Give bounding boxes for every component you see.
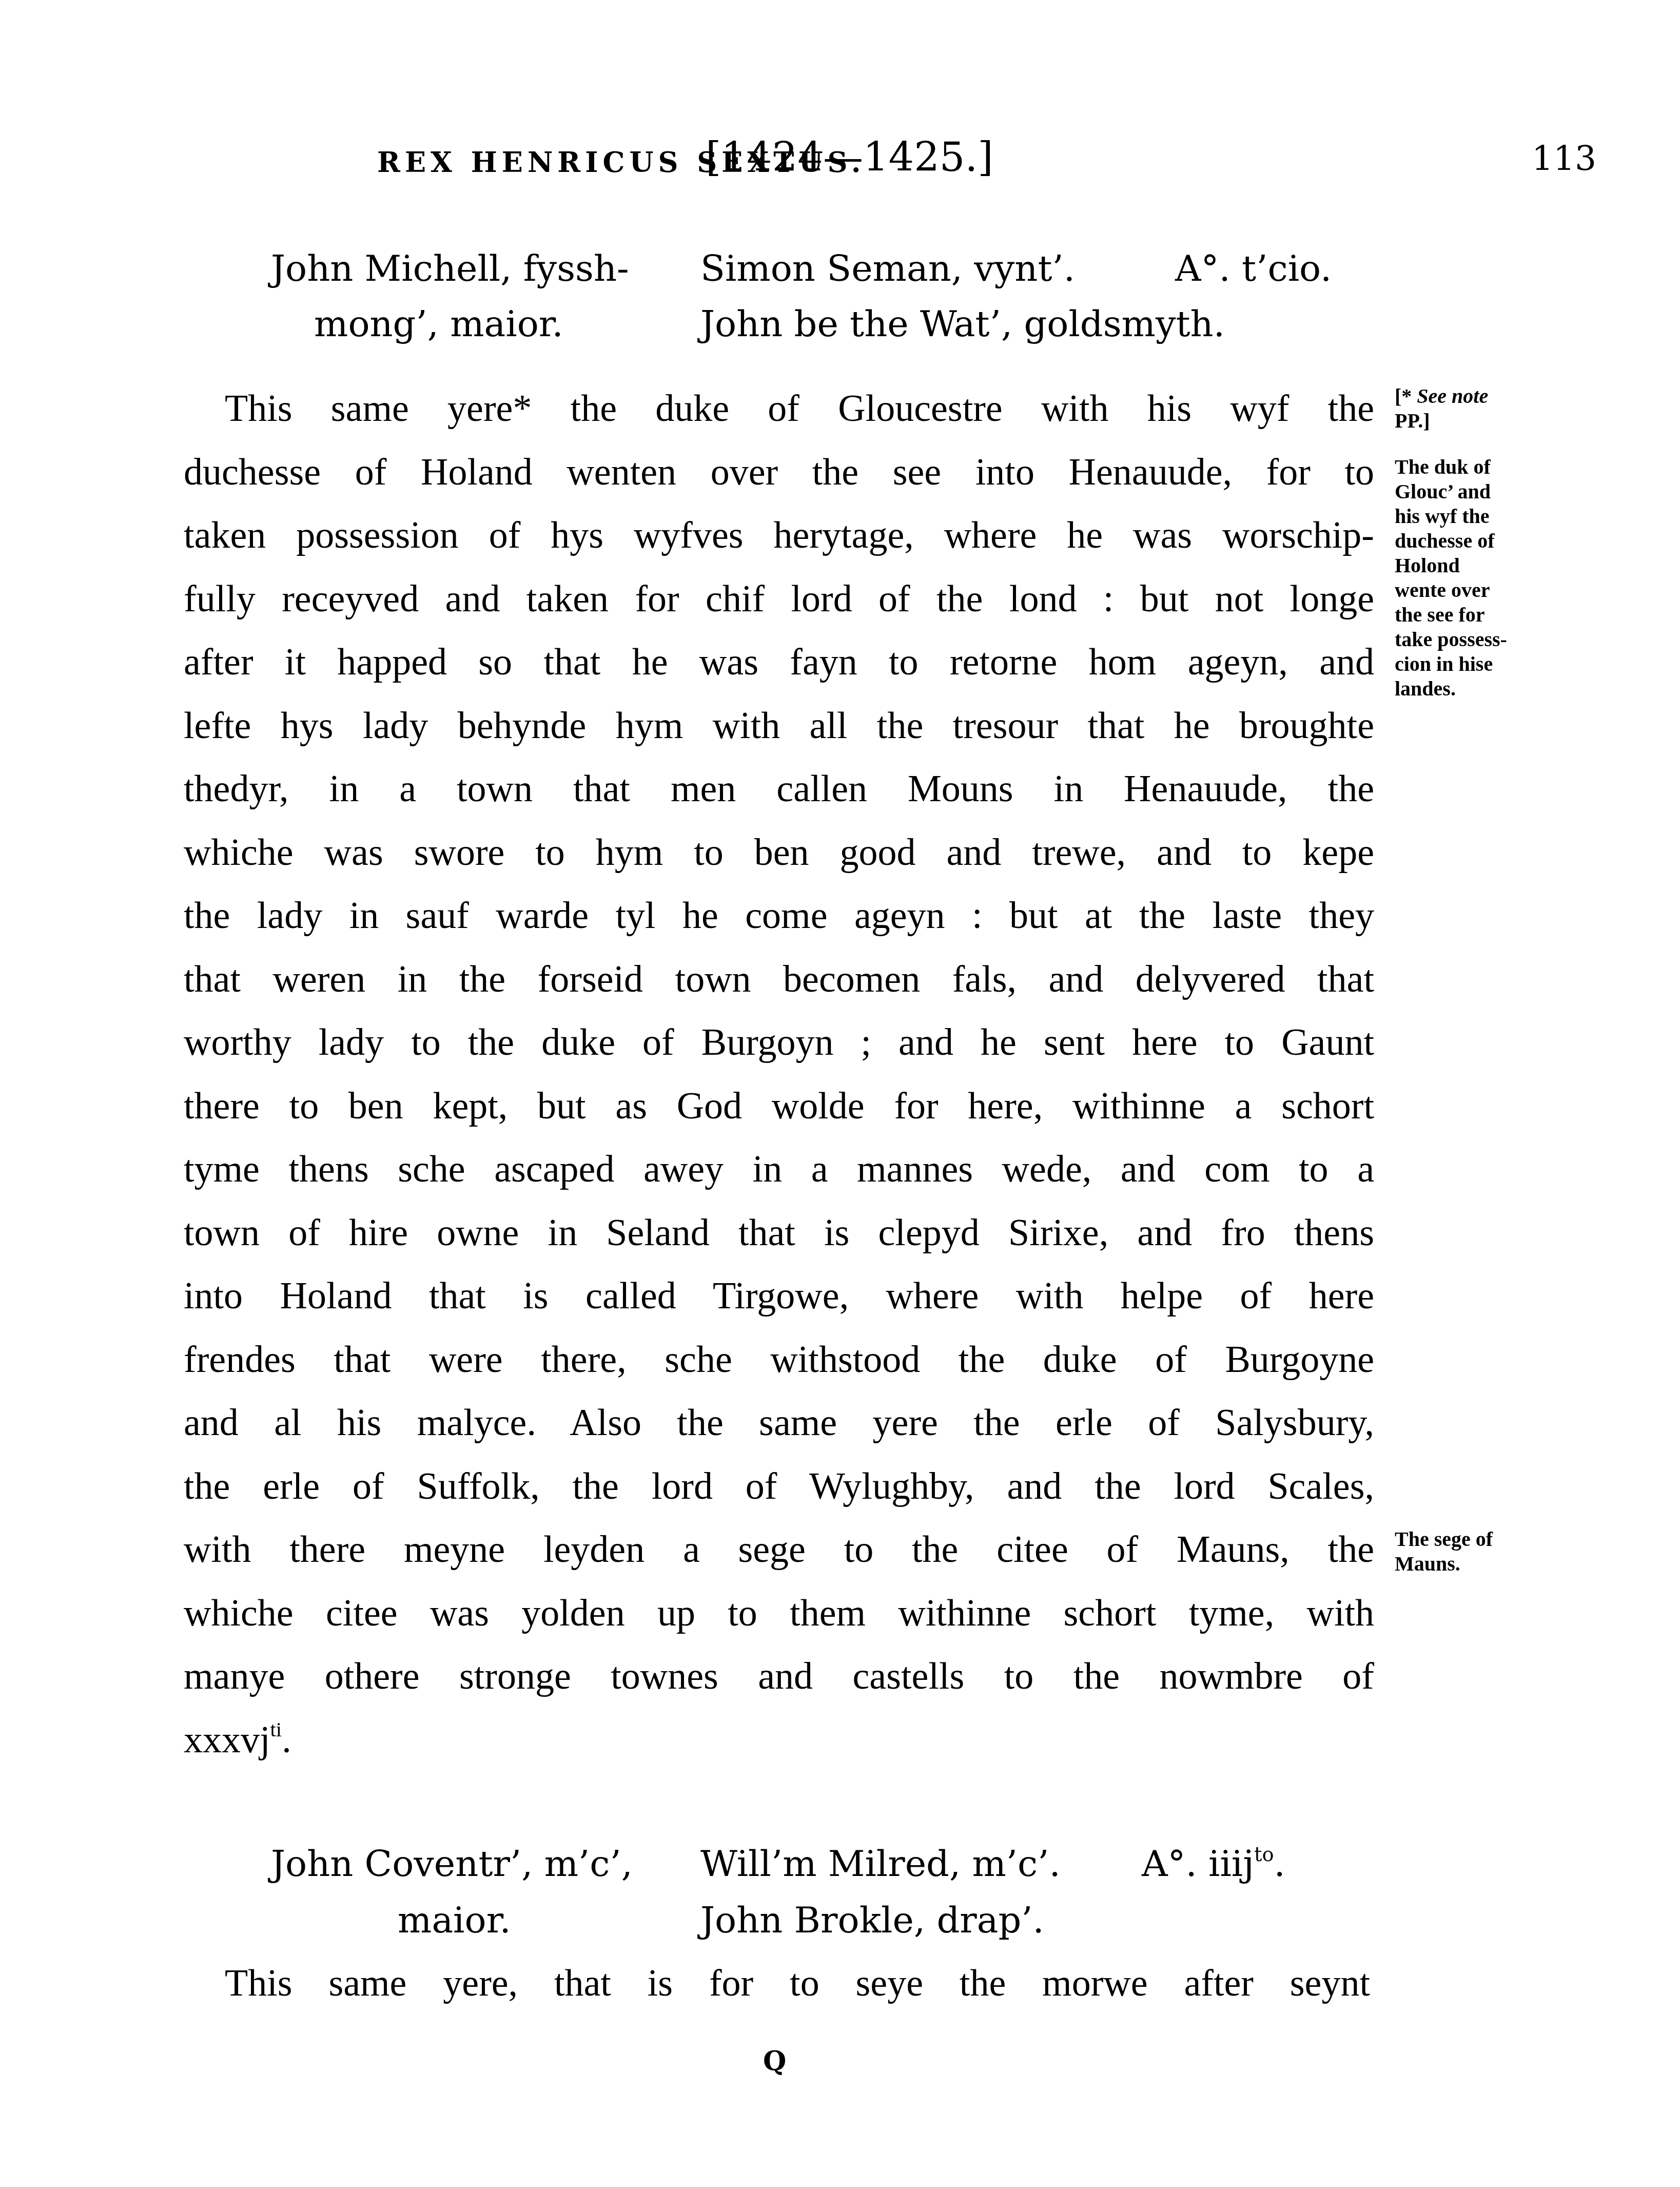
body-line: the lady in sauf warde tyl he come ageyn… [184, 884, 1374, 948]
regnal-year: A°. t’cio. [1175, 247, 1332, 289]
body-line: that weren in the forseid town becomen f… [184, 948, 1374, 1012]
margin-note-see-note: [* See note PP.] [1395, 384, 1559, 433]
body-line: frendes that were there, sche withstood … [184, 1328, 1374, 1392]
margin-note-line: Holond [1395, 553, 1559, 578]
margin-note-line: PP.] [1395, 409, 1559, 433]
roman-numeral: xxxvj [184, 1719, 270, 1761]
body-line: taken possession of hys wyfves herytage,… [184, 504, 1374, 568]
body-line: whiche was swore to hym to ben good and … [184, 821, 1374, 885]
margin-note-line: duchesse of [1395, 529, 1559, 553]
regnal-year: A°. iiijto. [1142, 1843, 1285, 1885]
body-line: with there meyne leyden a sege to the ci… [184, 1518, 1374, 1582]
body-line: thedyr, in a town that men callen Mouns … [184, 758, 1374, 821]
closing-line: This same yere, that is for to seye the … [225, 1962, 1370, 2005]
body-line: tyme thens sche ascaped awey in a mannes… [184, 1138, 1374, 1202]
body-line: lefte hys lady behynde hym with all the … [184, 694, 1374, 758]
running-head: REX HENRICUS SEXTUS. [1424—1425.] 113 [0, 134, 1680, 191]
margin-note-line: The duk of [1395, 455, 1559, 479]
margin-note-line: take possess- [1395, 627, 1559, 652]
margin-note-line: Glouc’ and [1395, 479, 1559, 504]
body-line: after it happed so that he was fayn to r… [184, 631, 1374, 694]
margin-note-line: his wyf the [1395, 504, 1559, 529]
sheriff-2-name: John Brokle, drap’. [700, 1899, 1044, 1941]
body-line: worthy lady to the duke of Burgoyn ; and… [184, 1011, 1374, 1075]
sheriff-1-name: Simon Seman, vynt’. [700, 247, 1075, 289]
margin-note-line: Mauns. [1395, 1552, 1559, 1576]
body-paragraph: This same yere* the duke of Gloucestre w… [184, 377, 1374, 1772]
body-line: duchesse of Holand wenten over the see i… [184, 441, 1374, 505]
margin-note-line: wente over [1395, 578, 1559, 603]
mayor-name-line2: mong’, maior. [314, 303, 563, 345]
mayor-name-line2: maior. [398, 1899, 511, 1941]
body-line: This same yere* the duke of Gloucestre w… [184, 377, 1374, 441]
margin-note-line: [* See note [1395, 384, 1559, 409]
body-line: town of hire owne in Seland that is clep… [184, 1202, 1374, 1265]
body-line-final: xxxvjti. [184, 1709, 1374, 1772]
document-page: REX HENRICUS SEXTUS. [1424—1425.] 113 Jo… [0, 0, 1680, 2187]
mayor-name-line1: John Coventr’, m’c’, [271, 1843, 633, 1885]
page-number: 113 [1532, 139, 1596, 178]
running-head-years: [1424—1425.] [706, 134, 993, 181]
body-line: whiche citee was yolden up to them withi… [184, 1582, 1374, 1646]
body-line: manye othere stronge townes and castells… [184, 1645, 1374, 1709]
numeral-period: . [282, 1719, 291, 1761]
body-line: the erle of Suffolk, the lord of Wylughb… [184, 1455, 1374, 1519]
signature-mark: Q [763, 2045, 786, 2077]
margin-note-siege-of-mauns: The sege of Mauns. [1395, 1527, 1559, 1576]
body-line: and al his malyce. Also the same yere th… [184, 1391, 1374, 1455]
body-line: fully receyved and taken for chif lord o… [184, 568, 1374, 631]
body-line: into Holand that is called Tirgowe, wher… [184, 1265, 1374, 1328]
sheriff-1-name: Will’m Milred, m’c’. [700, 1843, 1061, 1885]
margin-note-line: the see for [1395, 603, 1559, 627]
margin-note-line: The sege of [1395, 1527, 1559, 1552]
margin-note-line: landes. [1395, 676, 1559, 701]
numeral-superscript: ti [270, 1718, 282, 1741]
mayor-name-line1: John Michell, fyssh- [271, 247, 629, 289]
margin-note-line: cion in hise [1395, 652, 1559, 676]
body-line: there to ben kept, but as God wolde for … [184, 1075, 1374, 1138]
sheriff-2-name: John be the Wat’, goldsmyth. [700, 303, 1225, 345]
margin-note-duke-of-gloucester: The duk of Glouc’ and his wyf the duches… [1395, 455, 1559, 701]
